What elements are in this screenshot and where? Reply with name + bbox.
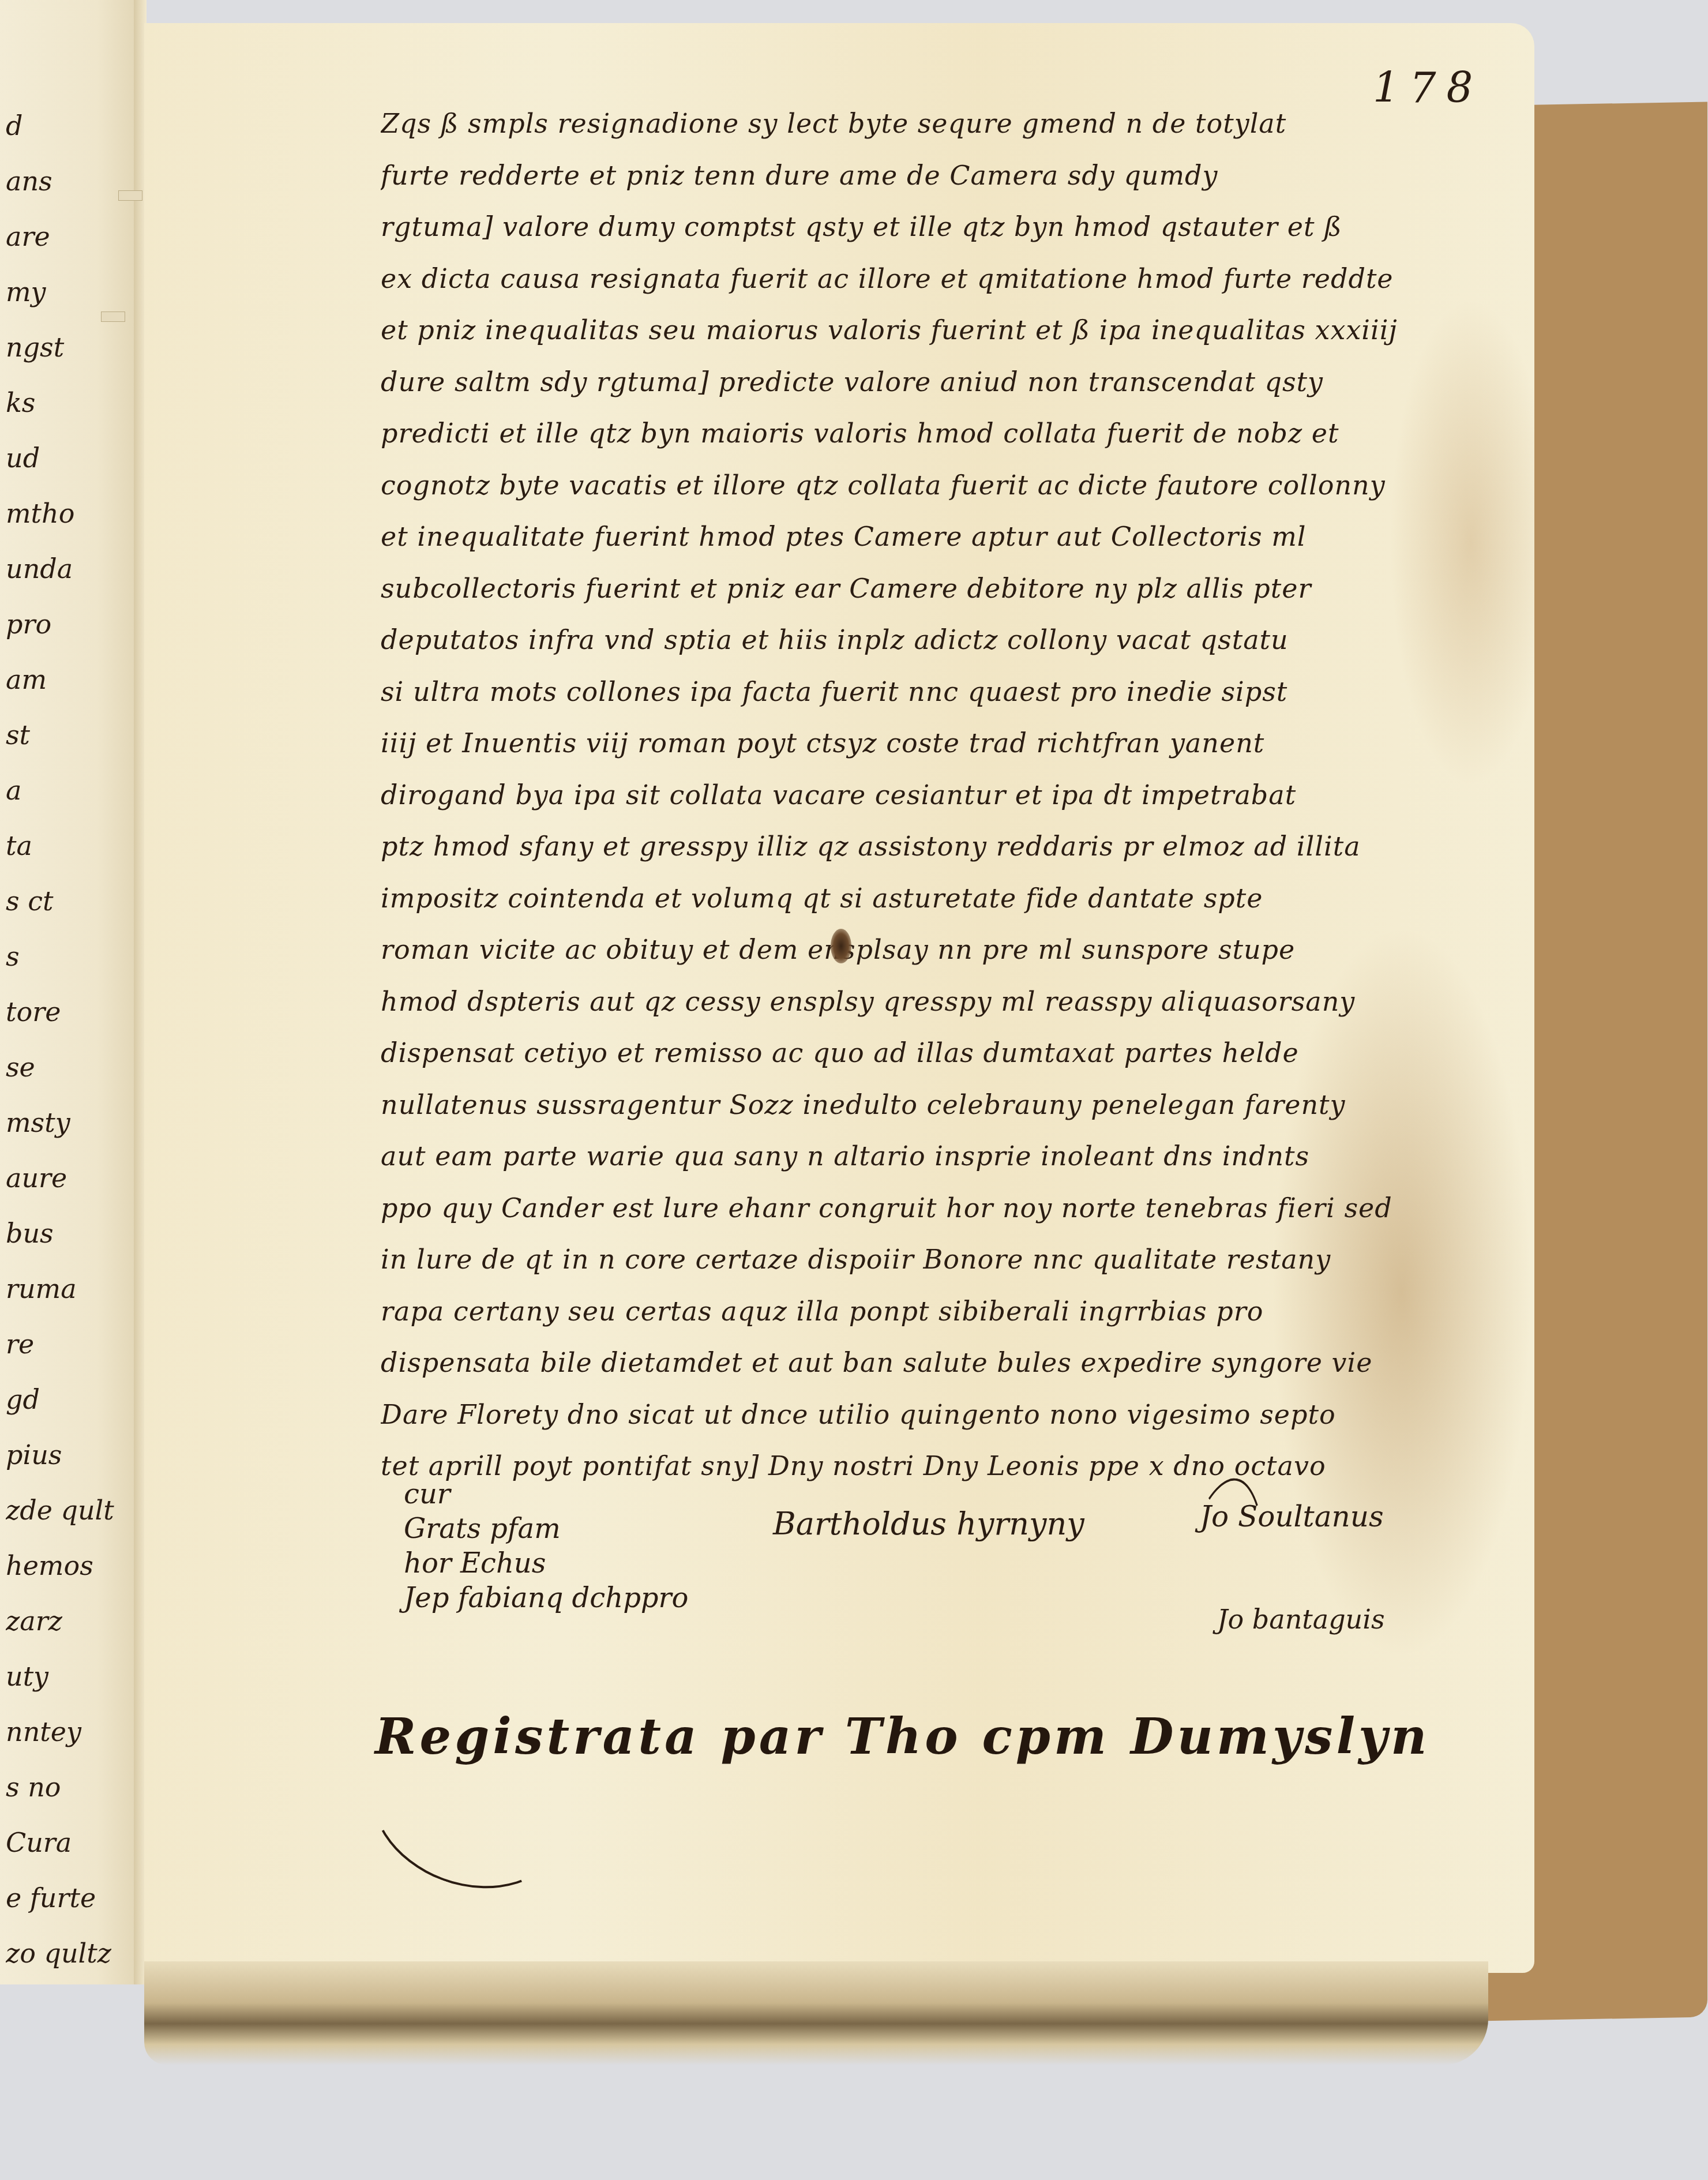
text-line: ptz hmod sfany et gresspy illiz qz assis…: [381, 821, 1517, 873]
left-line: pius: [6, 1427, 133, 1483]
left-line: bus: [6, 1206, 133, 1261]
ink-blot: [831, 929, 851, 963]
text-line: roman vicite ac obituy et dem ensplsay n…: [381, 924, 1517, 976]
left-line: ta: [6, 818, 133, 873]
left-page: d ans are my ngst ks ud mtho unda pro am…: [0, 0, 140, 1984]
left-line: msty: [6, 1095, 133, 1150]
left-line: ngst: [6, 320, 133, 375]
left-line: tore: [6, 984, 133, 1040]
text-line: et pniz inequalitas seu maiorus valoris …: [381, 305, 1517, 357]
text-line: in lure de qt in n core certaze dispoiir…: [381, 1234, 1517, 1286]
page-stack-edge: [144, 1961, 1488, 2065]
left-line: s: [6, 929, 133, 984]
text-line: dispensat cetiyo et remisso ac quo ad il…: [381, 1027, 1517, 1079]
signature-line: hor Echus: [404, 1546, 688, 1581]
text-line: subcollectoris fuerint et pniz ear Camer…: [381, 563, 1517, 615]
left-line: e furte: [6, 1870, 133, 1926]
left-line: am: [6, 652, 133, 707]
left-line: zde qult: [6, 1483, 133, 1538]
left-line: pro: [6, 596, 133, 652]
text-line: iiij et Inuentis viij roman poyt ctsyz c…: [381, 718, 1517, 770]
text-line: ppo quy Cander est lure ehanr congruit h…: [381, 1183, 1517, 1235]
text-line: ex dicta causa resignata fuerit ac illor…: [381, 253, 1517, 305]
left-line: unda: [6, 541, 133, 596]
left-line: aure: [6, 1150, 133, 1206]
left-line: re: [6, 1316, 133, 1372]
text-line: aut eam parte warie qua sany n altario i…: [381, 1131, 1517, 1183]
text-line: dirogand bya ipa sit collata vacare cesi…: [381, 770, 1517, 821]
left-line: s ct: [6, 873, 133, 929]
left-line: a: [6, 763, 133, 818]
left-line: zarz: [6, 1593, 133, 1649]
left-line: ud: [6, 430, 133, 486]
left-line: zo qultz: [6, 1926, 133, 1981]
text-line: rgtuma] valore dumy comptst qsty et ille…: [381, 201, 1517, 253]
left-line: hemos: [6, 1538, 133, 1593]
text-line: dure saltm sdy rgtuma] predicte valore a…: [381, 357, 1517, 408]
text-line: rapa certany seu certas aquz illa ponpt …: [381, 1286, 1517, 1338]
signature-line: cur: [404, 1477, 688, 1511]
text-line: nullatenus sussragentur Sozz inedulto ce…: [381, 1079, 1517, 1131]
text-line: predicti et ille qtz byn maioris valoris…: [381, 408, 1517, 460]
text-line: deputatos infra vnd sptia et hiis inplz …: [381, 614, 1517, 666]
left-line: ruma: [6, 1261, 133, 1316]
signature-bartholdus: Bartholdus hyrnyny: [773, 1506, 1084, 1542]
text-line: dispensata bile dietamdet et aut ban sal…: [381, 1337, 1517, 1389]
signature-line: Grats pfam: [404, 1511, 688, 1546]
text-line: Dare Florety dno sicat ut dnce utilio qu…: [381, 1389, 1517, 1441]
manuscript-text: Zqs ß smpls resignadione sy lect byte se…: [381, 98, 1517, 1492]
text-line: cognotz byte vacatis et illore qtz colla…: [381, 460, 1517, 512]
text-line: impositz cointenda et volumq qt si astur…: [381, 873, 1517, 925]
left-line: uty: [6, 1649, 133, 1704]
left-page-text: d ans are my ngst ks ud mtho unda pro am…: [6, 98, 133, 1981]
binding-thread: [118, 190, 142, 201]
left-line: d: [6, 98, 133, 153]
left-line: Cura: [6, 1815, 133, 1870]
signature-block-left: cur Grats pfam hor Echus Jep fabianq dch…: [404, 1477, 688, 1615]
left-line: are: [6, 209, 133, 264]
text-line: si ultra mots collones ipa facta fuerit …: [381, 666, 1517, 718]
text-line: hmod dspteris aut qz cessy ensplsy qress…: [381, 976, 1517, 1028]
text-line: furte redderte et pniz tenn dure ame de …: [381, 150, 1517, 202]
left-line: s no: [6, 1759, 133, 1815]
text-line: et inequalitate fuerint hmod ptes Camere…: [381, 511, 1517, 563]
left-line: st: [6, 707, 133, 763]
signature-line: Jep fabianq dchppro: [404, 1581, 688, 1615]
left-line: ans: [6, 153, 133, 209]
binding-thread: [101, 312, 125, 322]
text-line: Zqs ß smpls resignadione sy lect byte se…: [381, 98, 1517, 150]
left-line: nntey: [6, 1704, 133, 1759]
left-line: gd: [6, 1372, 133, 1427]
left-line: mtho: [6, 486, 133, 541]
left-line: se: [6, 1040, 133, 1095]
left-line: ks: [6, 375, 133, 430]
